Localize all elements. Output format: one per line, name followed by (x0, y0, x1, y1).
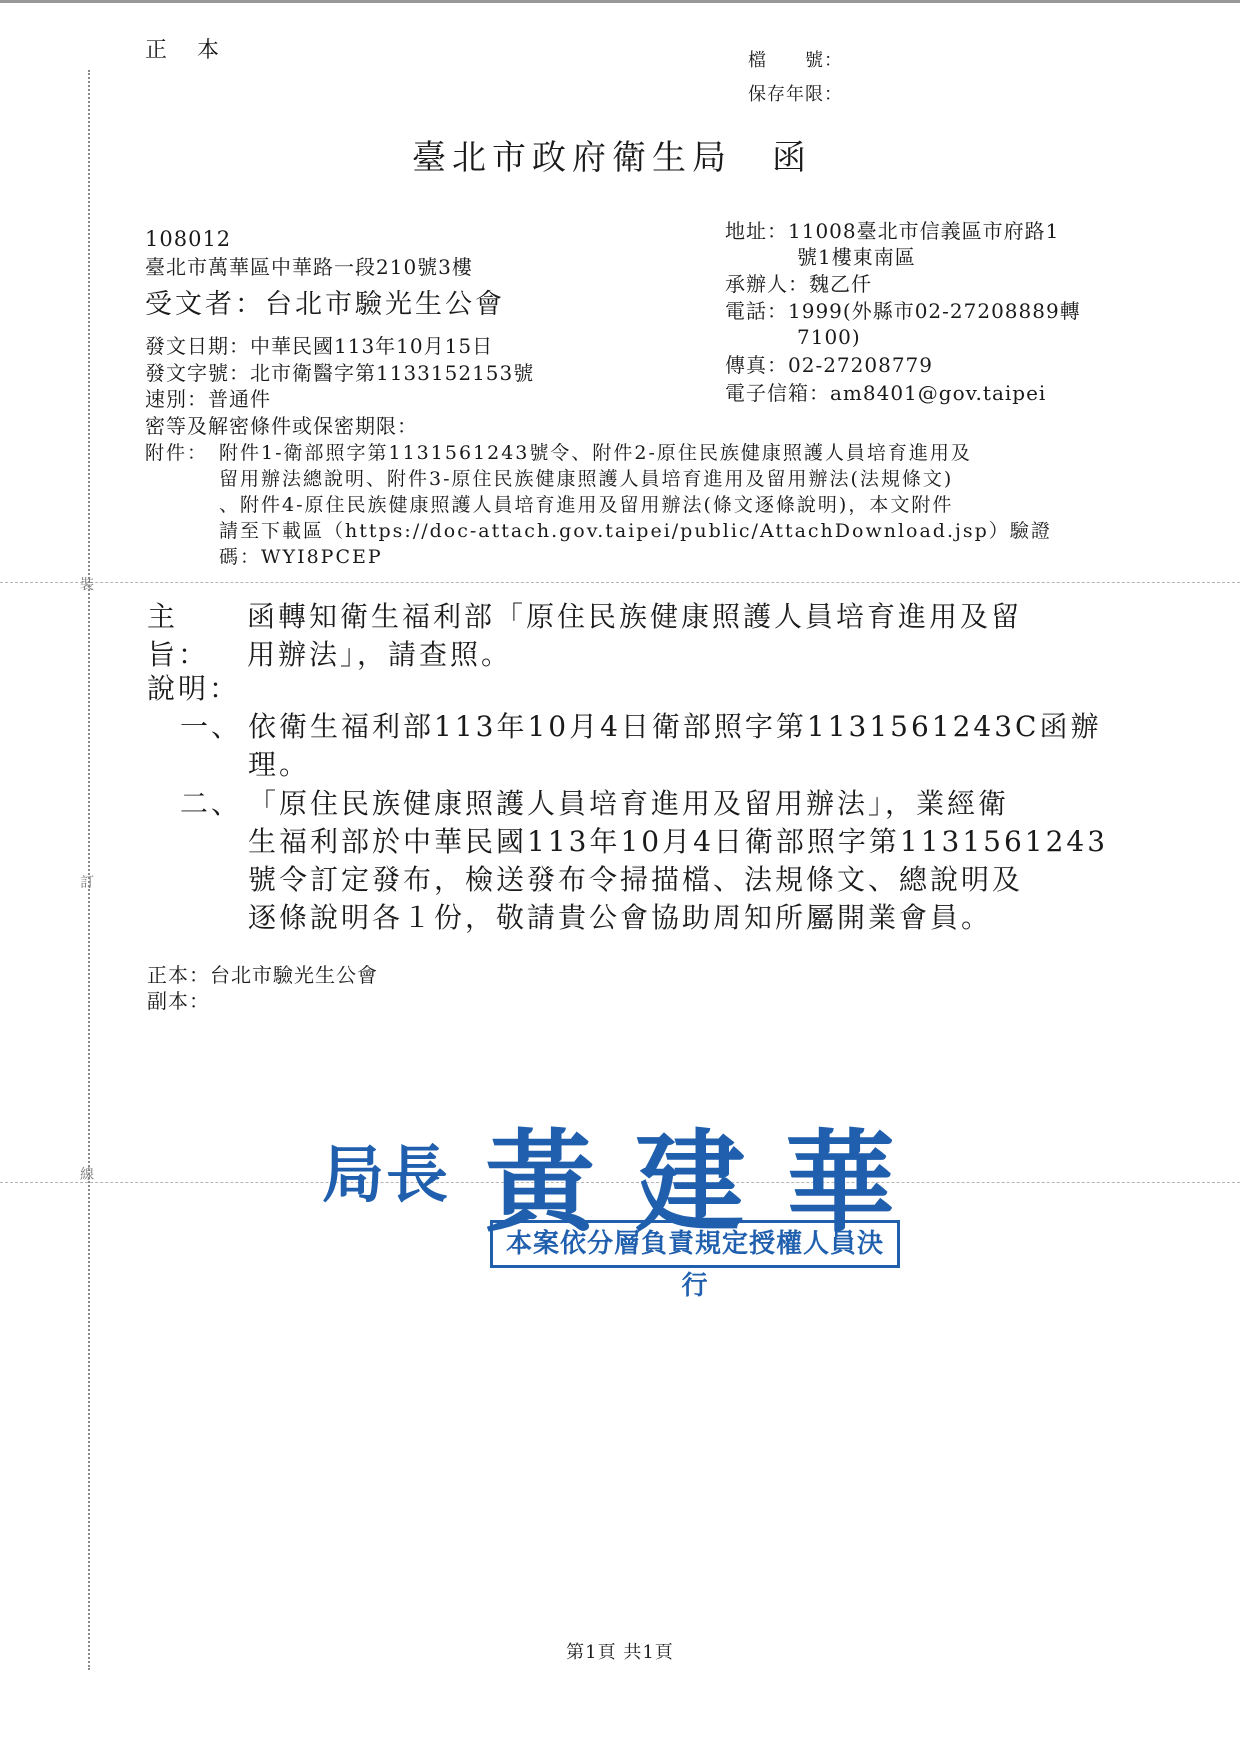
handler-name: 承辦人：魏乙仟 (725, 271, 872, 297)
attachment-line: 附件1-衛部照字第1131561243號令、附件2-原住民族健康照護人員培育進用… (219, 440, 1052, 466)
item-number: 一、 (180, 708, 242, 746)
attachment-verification-code: 碼：WYI8PCEP (219, 544, 1052, 570)
item-line: 生福利部於中華民國113年10月4日衛部照字第1131561243 (248, 823, 1108, 861)
retention-period-label: 保存年限： (748, 82, 843, 108)
phone-line2: 7100) (797, 324, 861, 350)
attachments-label: 附件： (145, 440, 208, 466)
copy-recipient: 副本： (147, 988, 210, 1014)
document-number: 發文字號：北市衛醫字第1133152153號 (145, 360, 534, 386)
page-number: 第1頁 共1頁 (0, 1638, 1240, 1664)
phone-line1: 電話：1999(外縣市02-27208889轉 (725, 298, 1081, 324)
email-address: 電子信箱：am8401@gov.taipei (725, 380, 1046, 406)
sender-address-line1: 地址：11008臺北市信義區市府路1 (725, 218, 1059, 244)
issue-date: 發文日期：中華民國113年10月15日 (145, 333, 493, 359)
delivery-speed: 速別：普通件 (145, 386, 271, 412)
authorization-stamp-box: 本案依分層負責規定授權人員決行 (490, 1220, 900, 1268)
item-line: 逐條說明各１份，敬請貴公會協助周知所屬開業會員。 (248, 899, 1108, 937)
item-line: 號令訂定發布，檢送發布令掃描檔、法規條文、總說明及 (248, 861, 1108, 899)
file-number-label: 檔 號： (748, 48, 843, 74)
subject-line: 用辦法」，請查照。 (247, 636, 1022, 674)
postal-code: 108012 (145, 226, 231, 252)
attachment-line: 留用辦法總說明、附件3-原住民族健康照護人員培育進用及留用辦法(法規條文) (219, 466, 1052, 492)
fold-line-upper (0, 582, 1240, 583)
item-number: 二、 (180, 785, 242, 823)
item-line: 「原住民族健康照護人員培育進用及留用辦法」，業經衛 (248, 785, 1108, 823)
item-line: 理。 (248, 746, 1101, 784)
subject-line: 函轉知衛生福利部「原住民族健康照護人員培育進用及留 (247, 598, 1022, 636)
binding-margin-line (88, 70, 90, 1670)
binding-mark-xian: 線 (80, 1164, 94, 1184)
scan-top-edge (0, 0, 1240, 3)
original-recipient: 正本：台北市驗光生公會 (147, 962, 378, 988)
director-title-stamp: 局長 (322, 1125, 450, 1214)
recipient-address: 臺北市萬華區中華路一段210號3樓 (145, 254, 473, 280)
recipient-name: 受文者：台北市驗光生公會 (145, 282, 505, 321)
binding-mark-zhuang: 裝 (80, 574, 94, 594)
explanation-label: 說明： (147, 670, 240, 708)
attachment-line: 、附件4-原住民族健康照護人員培育進用及留用辦法(條文逐條說明)，本文附件 (219, 492, 1052, 518)
attachment-download-link[interactable]: 請至下載區（https://doc-attach.gov.taipei/publ… (219, 518, 1052, 544)
binding-mark-ding: 訂 (80, 872, 94, 892)
subject-label: 主旨： (147, 598, 209, 674)
item-line: 依衛生福利部113年10月4日衛部照字第1131561243C函辦 (248, 708, 1101, 746)
sender-address-line2: 號1樓東南區 (797, 244, 916, 270)
copy-type-label: 正 本 (145, 38, 223, 64)
fax-number: 傳真：02-27208779 (725, 352, 933, 378)
confidentiality-level: 密等及解密條件或保密期限： (145, 413, 418, 439)
document-title: 臺北市政府衛生局 函 (412, 130, 812, 179)
